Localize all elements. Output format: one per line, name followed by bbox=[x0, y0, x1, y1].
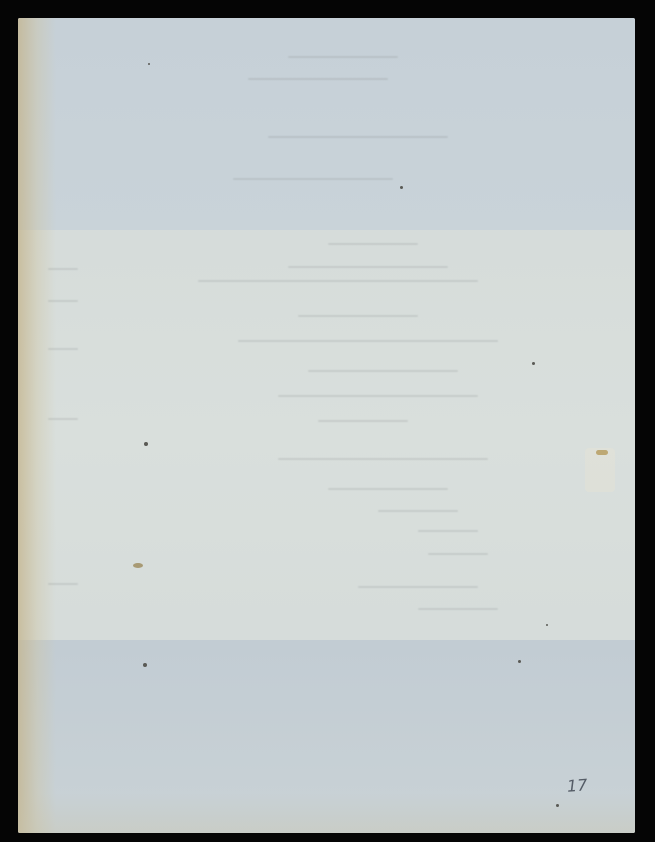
ink-spot bbox=[400, 186, 403, 189]
ink-spot bbox=[148, 63, 150, 65]
ink-spot bbox=[144, 442, 148, 446]
ink-bleed-through bbox=[18, 18, 635, 833]
page-number: 17 bbox=[566, 775, 588, 795]
rust-stain bbox=[596, 450, 608, 455]
document-page: 17 bbox=[18, 18, 635, 833]
ink-spot bbox=[546, 624, 548, 626]
ink-spot bbox=[532, 362, 535, 365]
ink-spot bbox=[518, 660, 521, 663]
ink-spot bbox=[143, 663, 147, 667]
ink-spot bbox=[556, 804, 559, 807]
stain-mark bbox=[133, 563, 143, 568]
